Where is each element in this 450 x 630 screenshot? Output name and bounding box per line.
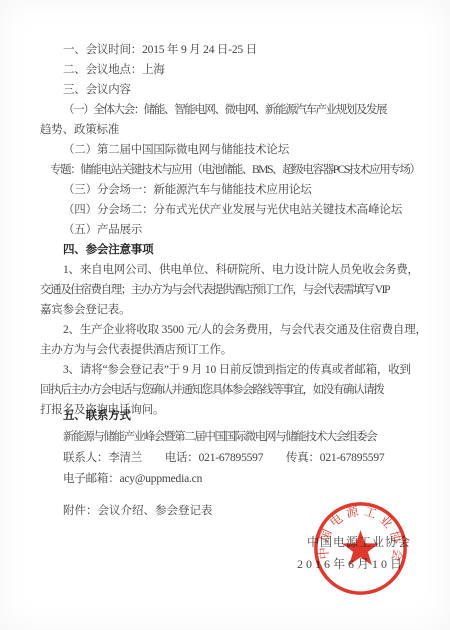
notice-line: 交通及住宿费自理；主办方为与会代表提供酒店预订工作，与会代表需填写 VIP xyxy=(40,280,416,300)
contact-email-line: 电子邮箱：acy@uppmedia.cn xyxy=(40,469,416,490)
meeting-place-line: 二、会议地点：上海 xyxy=(40,60,416,80)
content-section-heading: 三、会议内容 xyxy=(40,80,416,100)
official-seal: 中国电源工业协会 xyxy=(312,500,409,597)
content-line: （三）分会场一：新能源汽车与储能技术应用论坛 xyxy=(40,180,416,200)
contact-section: 五、联系方式 新能源与储能产业峰会暨第二届中国国际微电网与储能技术大会组委会 联… xyxy=(40,406,416,490)
content-line: （一）全体大会：储能、智能电网、微电网、新能源汽车产业规划及发展 xyxy=(40,100,416,120)
notice-line: 嘉宾参会登记表。 xyxy=(40,300,416,320)
notice-line: 1、来自电网公司、供电单位、科研院所、电力设计院人员免收会务费， xyxy=(40,260,416,280)
notice-section-heading: 四、参会注意事项 xyxy=(40,240,416,260)
notice-line: 主办方为与会代表提供酒店预订工作。 xyxy=(40,340,416,360)
notice-line: 回执后主办方会电话与您确认并通知您具体参会路线等事宜，如没有确认请拨 xyxy=(40,380,416,400)
content-line: 专题：储能电站关键技术与应用（电池储能、BMS、超级电容器PCS技术应用专场） xyxy=(40,160,416,180)
organizer-line: 新能源与储能产业峰会暨第二届中国国际微电网与储能技术大会组委会 xyxy=(40,427,416,448)
star-icon xyxy=(342,530,379,565)
notice-line: 2、生产企业将收取 3500 元/人的会务费用，与会代表交通及住宿费自理， xyxy=(40,320,416,340)
notice-line: 3、请将“参会登记表”于 9 月 10 日前反馈到指定的传真或者邮箱，收到 xyxy=(40,360,416,380)
content-line: （五）产品展示 xyxy=(40,220,416,240)
contact-person-line: 联系人：李清兰 电话：021-67895597 传真：021-67895597 xyxy=(40,448,416,469)
contact-section-heading: 五、联系方式 xyxy=(40,406,416,427)
official-seal-graphic: 中国电源工业协会 xyxy=(312,500,409,597)
content-line: 趋势、政策标准 xyxy=(40,120,416,140)
content-line: （四）分会场二：分布式光伏产业发展与光伏电站关键技术高峰论坛 xyxy=(40,200,416,220)
document-body: 一、会议时间：2015 年 9 月 24 日-25 日 二、会议地点：上海 三、… xyxy=(40,40,416,420)
scanned-document-page: 一、会议时间：2015 年 9 月 24 日-25 日 二、会议地点：上海 三、… xyxy=(0,0,450,630)
meeting-time-line: 一、会议时间：2015 年 9 月 24 日-25 日 xyxy=(40,40,416,60)
content-line: （二）第二届中国国际微电网与储能技术论坛 xyxy=(40,140,416,160)
